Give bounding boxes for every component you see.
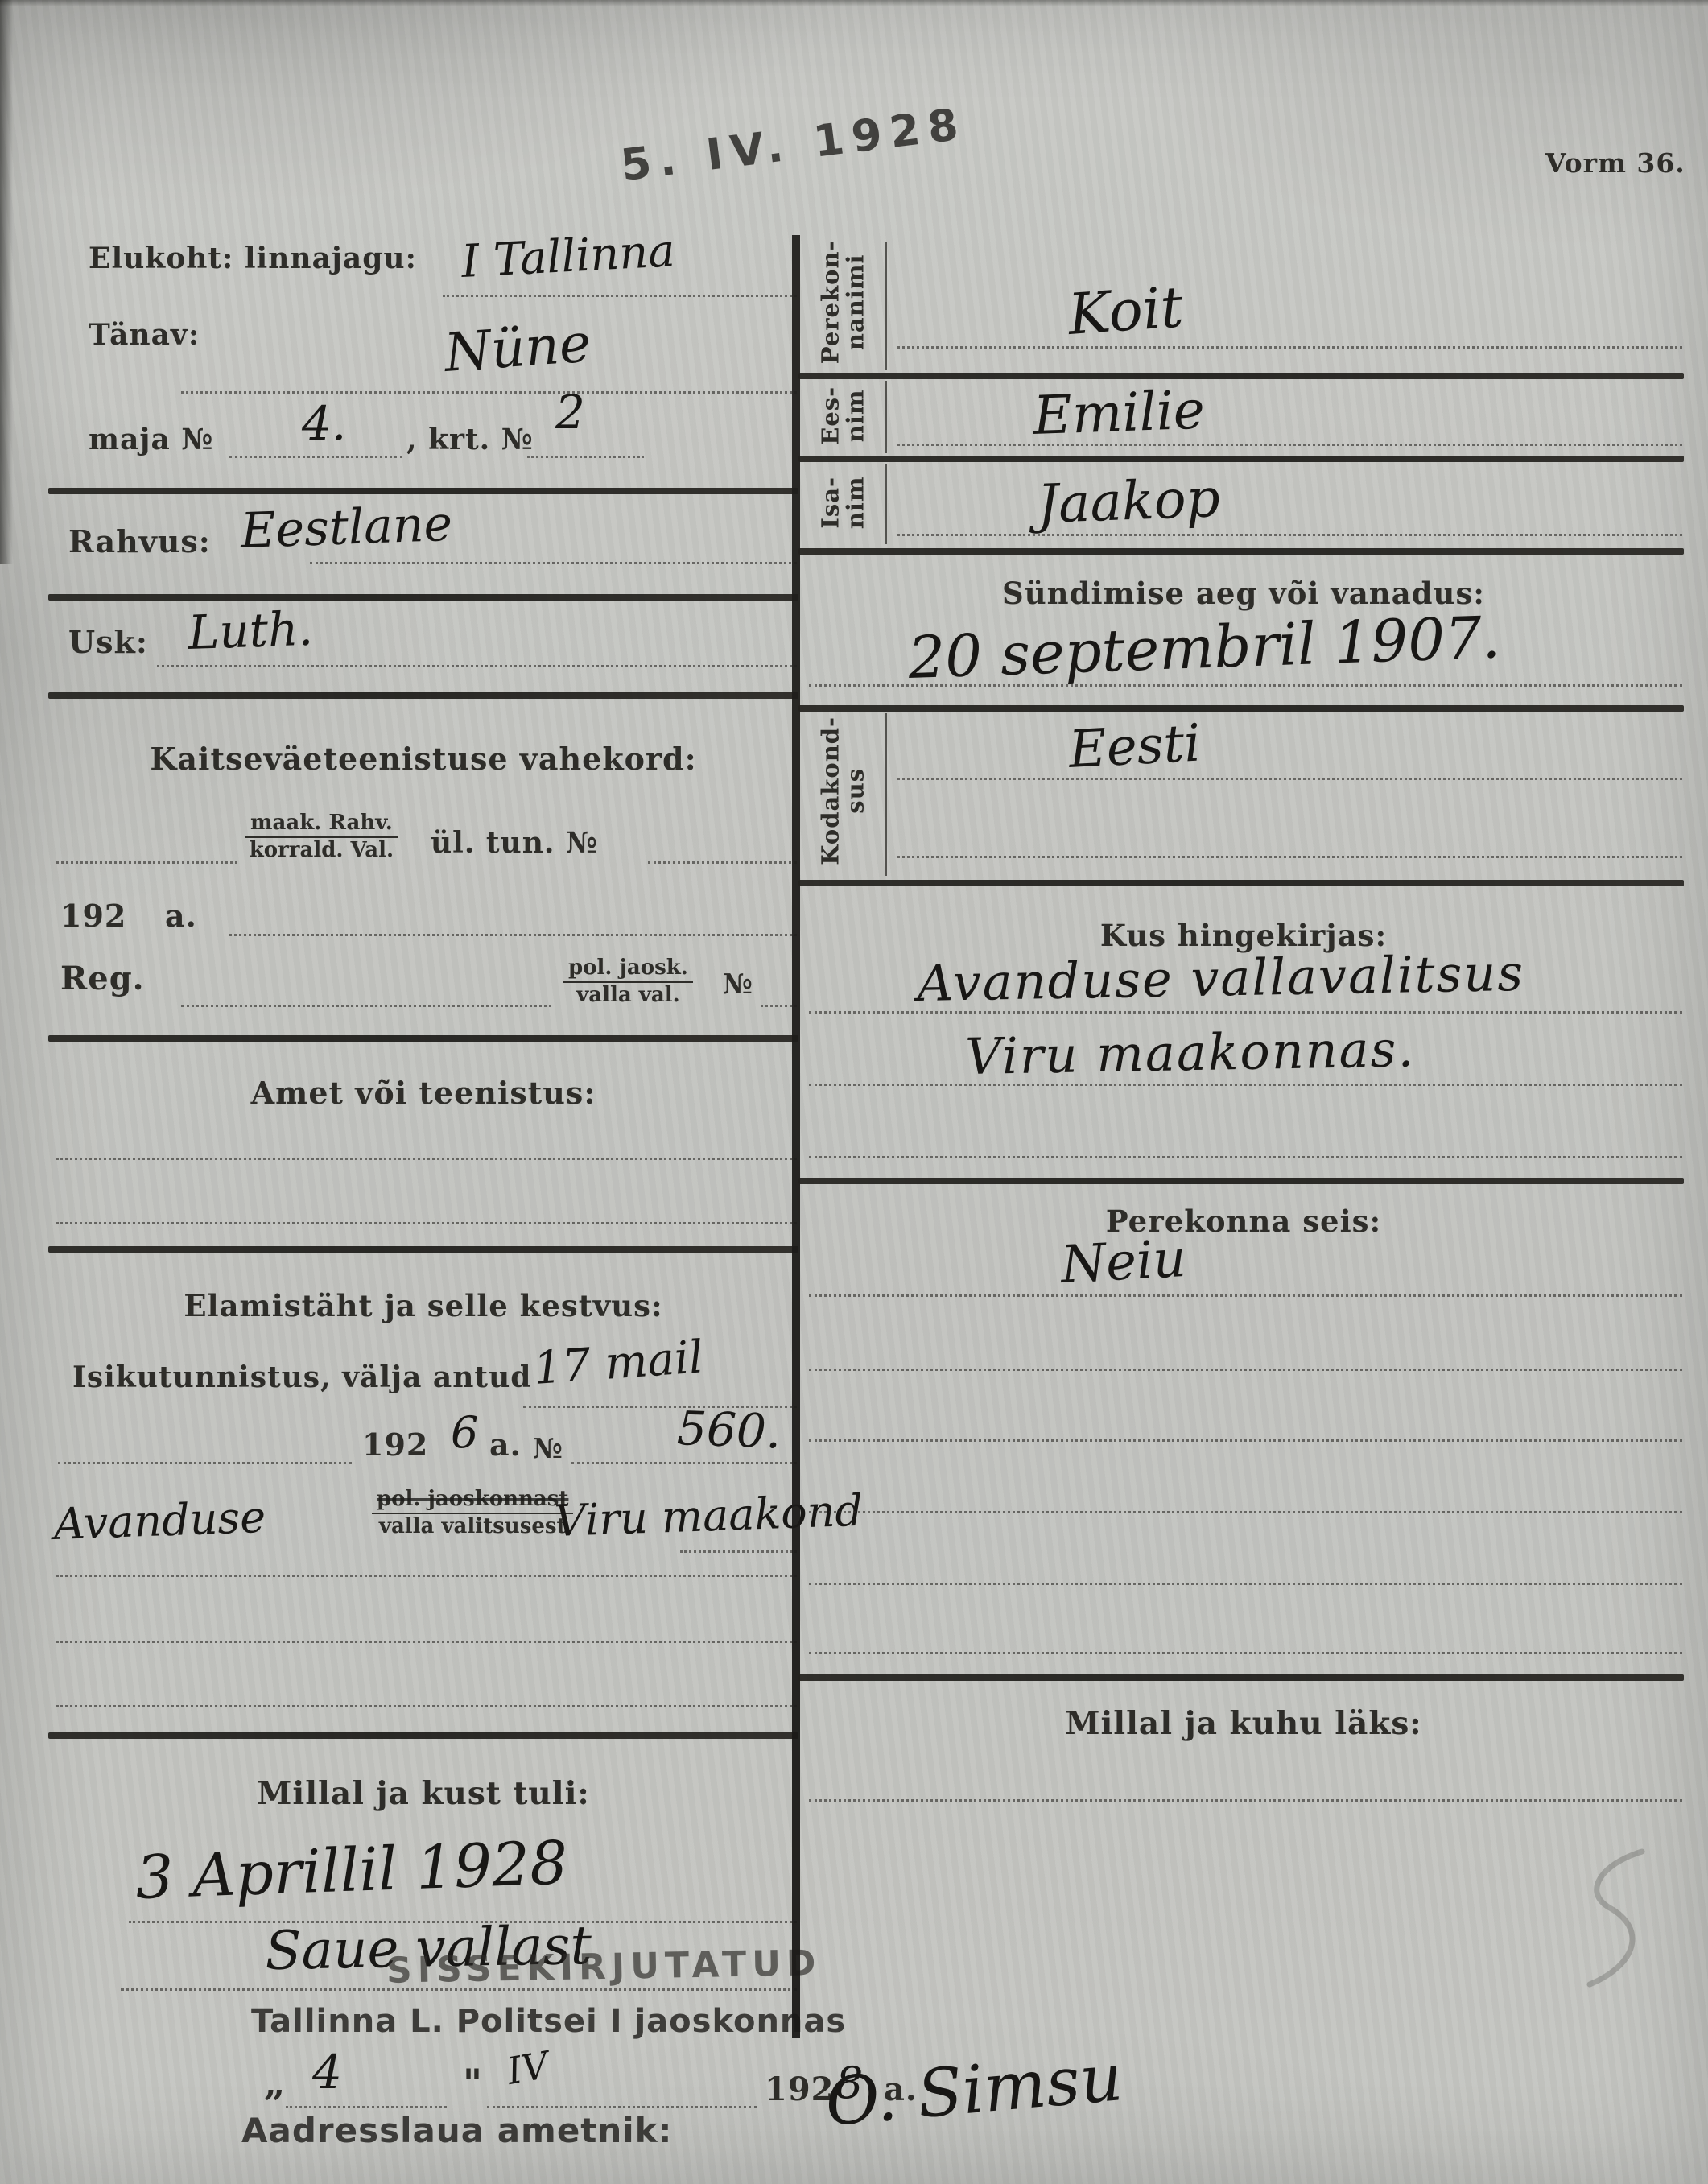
isanimi-line1: Isa- (817, 477, 844, 529)
pol-jaosk-top: pol. jaosk. (563, 956, 693, 983)
dotted-line (648, 861, 797, 864)
section-divider (798, 1674, 1684, 1681)
year2-192-label: 192 (362, 1426, 428, 1463)
handwritten-reg-day: 4 (312, 2045, 342, 2099)
label-cell-rule (885, 713, 887, 876)
dotted-line (286, 2106, 447, 2108)
handwritten-sund-value: 20 septembril 1907. (907, 603, 1501, 692)
handwritten-tuli-date: 3 Aprillil 1928 (134, 1828, 569, 1913)
seis-heading: Perekonna seis: (805, 1203, 1682, 1239)
section-divider (798, 880, 1684, 886)
handwritten-signature: O. Simsu (823, 2039, 1125, 2141)
dotted-line (809, 1294, 1682, 1297)
eesnimi-line1: Ees- (817, 386, 844, 445)
dotted-line (809, 1084, 1682, 1086)
section-divider (798, 1178, 1684, 1184)
section-divider (48, 1035, 798, 1042)
dotted-line (897, 778, 1682, 780)
handwritten-maja-value: 4. (302, 396, 346, 451)
handwritten-hinge-line2: Viru maakonnas. (965, 1019, 1416, 1086)
elukoht-label: Elukoht: linnajagu: (89, 242, 417, 275)
maak-rahv-fraction: maak. Rahv. korrald. Val. (245, 811, 398, 863)
kaitse-heading: Kaitseväeteenistuse vahekord: (48, 741, 798, 777)
handwritten-tanav-value: Nüne (443, 312, 593, 384)
dotted-line (897, 856, 1682, 858)
eesnimi-line2: nim (842, 389, 869, 442)
jaoskond-stamp: Tallinna L. Politsei I jaoskonnas (251, 2003, 846, 2040)
perekonnanimi-label: Perekon- nanimi (819, 233, 869, 370)
handwritten-isik-date: 17 mail (531, 1331, 704, 1395)
handwritten-kodakondsus: Eesti (1067, 714, 1202, 780)
handwritten-usk-value: Luth. (188, 601, 314, 660)
handwritten-rahvus-value: Eestlane (240, 496, 454, 559)
reg-label: Reg. (60, 960, 145, 997)
dotted-line (229, 934, 797, 936)
label-cell-rule (885, 381, 887, 453)
section-divider (798, 705, 1684, 712)
dotted-line (58, 1462, 352, 1464)
handwritten-viru-maakond: Viru maakond (554, 1485, 864, 1546)
dotted-line (809, 1369, 1682, 1371)
dotted-line (56, 861, 237, 864)
handwritten-krt-value: 2 (555, 385, 585, 440)
sissekirjutatud-stamp: SISSEKIRJUTATUD (386, 1942, 822, 1991)
perekonnanimi-line1: Perekon- (817, 240, 844, 364)
section-divider (48, 692, 798, 699)
section-divider (48, 1732, 798, 1739)
pencil-mark (1553, 1843, 1674, 1996)
form-code: Vorm 36. (1545, 147, 1685, 179)
pol-jaoskonnast-fraction: pol. jaoskonnast valla valitsusest (372, 1488, 573, 1539)
pol-jaoskonnast-top: pol. jaoskonnast (372, 1488, 573, 1514)
maak-rahv-top: maak. Rahv. (245, 811, 398, 838)
dotted-line (229, 456, 402, 458)
dotted-line (680, 1550, 797, 1553)
rahvus-label: Rahvus: (68, 523, 211, 559)
dotted-line (181, 1005, 551, 1007)
column-divider (792, 235, 800, 2038)
ametnik-stamp: Aadresslaua ametnik: (241, 2111, 672, 2150)
kodakondsus-line1: Kodakond- (817, 716, 844, 865)
isanimi-line2: nim (842, 476, 869, 529)
dotted-line (809, 1583, 1682, 1585)
dotted-line (809, 1799, 1682, 1802)
section-divider (48, 1246, 798, 1253)
pol-jaosk-bottom: valla val. (563, 983, 693, 1008)
kodakondsus-line2: sus (842, 768, 869, 814)
label-cell-rule (885, 242, 887, 370)
quote-close: " (463, 2061, 483, 2104)
quote-open: „ (264, 2061, 286, 2104)
handwritten-seis-value: Neiu (1059, 1229, 1187, 1295)
section-divider (798, 373, 1684, 379)
laks-heading: Millal ja kuhu läks: (805, 1705, 1682, 1742)
dotted-line (897, 346, 1682, 349)
handwritten-isik-number: 560. (676, 1401, 782, 1459)
dotted-line (897, 534, 1682, 536)
maak-rahv-bottom: korrald. Val. (245, 838, 398, 863)
dotted-line (809, 1511, 1682, 1513)
year-a-label: a. (165, 898, 197, 934)
handwritten-isanimi: Jaakop (1036, 467, 1221, 535)
dotted-line (809, 1156, 1682, 1158)
eesnimi-label: Ees- nim (819, 371, 869, 460)
dotted-line (809, 1652, 1682, 1654)
dotted-line (157, 665, 797, 667)
label-cell-rule (885, 464, 887, 544)
date-stamp: 5. IV. 1928 (618, 98, 969, 191)
reg-no-sign: № (723, 968, 753, 1001)
handwritten-year2-digit: 6 (451, 1407, 478, 1458)
handwritten-eesnimi: Emilie (1032, 379, 1206, 447)
dotted-line (56, 1575, 797, 1577)
dotted-line (487, 2106, 757, 2108)
tuli-heading: Millal ja kust tuli: (48, 1775, 798, 1812)
dotted-line (310, 562, 797, 564)
amet-heading: Amet või teenistus: (48, 1075, 798, 1111)
handwritten-linnajagu-value: I Tallinna (460, 225, 677, 288)
dotted-line (56, 1641, 797, 1643)
krt-label: , krt. № (406, 423, 534, 456)
isanimi-label: Isa- nim (819, 458, 869, 547)
tanav-label: Tänav: (89, 318, 200, 352)
handwritten-reg-month: IV (504, 2043, 552, 2093)
dotted-line (56, 1222, 797, 1224)
dotted-line (443, 295, 797, 297)
isikutunnistus-label: Isikutunnistus, välja antud (72, 1360, 531, 1394)
paper-edge-shadow-left (0, 0, 13, 564)
year-192-label: 192 (60, 898, 126, 934)
dotted-line (571, 1462, 797, 1464)
section-divider (798, 456, 1684, 462)
maja-label: maja № (89, 423, 213, 456)
dotted-line (809, 1439, 1682, 1442)
year2-a-label: a. (489, 1426, 522, 1463)
dotted-line (181, 391, 797, 394)
dotted-line (56, 1158, 797, 1160)
kodakondsus-label: Kodakond- sus (819, 706, 869, 875)
section-divider (798, 548, 1684, 555)
sund-heading: Sündimise aeg või vanadus: (805, 576, 1682, 611)
section-divider (48, 594, 798, 601)
scanned-form-vorm36: 5. IV. 1928 Vorm 36. Elukoht: linnajagu:… (0, 0, 1708, 2184)
usk-label: Usk: (68, 624, 148, 660)
ul-tun-label: ül. tun. № (431, 826, 598, 860)
dotted-line (56, 1705, 797, 1707)
section-divider (48, 488, 798, 494)
valla-valitsusest-bottom: valla valitsusest (372, 1514, 573, 1539)
pol-jaosk-fraction: pol. jaosk. valla val. (563, 956, 693, 1008)
dotted-line (527, 456, 644, 458)
perekonnanimi-line2: nanimi (842, 254, 869, 350)
dotted-line (897, 444, 1682, 446)
isik-no-sign: № (533, 1433, 563, 1465)
elamistaht-heading: Elamistäht ja selle kestvus: (48, 1288, 798, 1323)
paper-edge-shadow-top (0, 0, 1708, 6)
handwritten-perekonnanimi: Koit (1066, 274, 1185, 348)
handwritten-avanduse: Avanduse (53, 1492, 266, 1550)
handwritten-hinge-line1: Avanduse vallavalitsus (917, 943, 1525, 1013)
